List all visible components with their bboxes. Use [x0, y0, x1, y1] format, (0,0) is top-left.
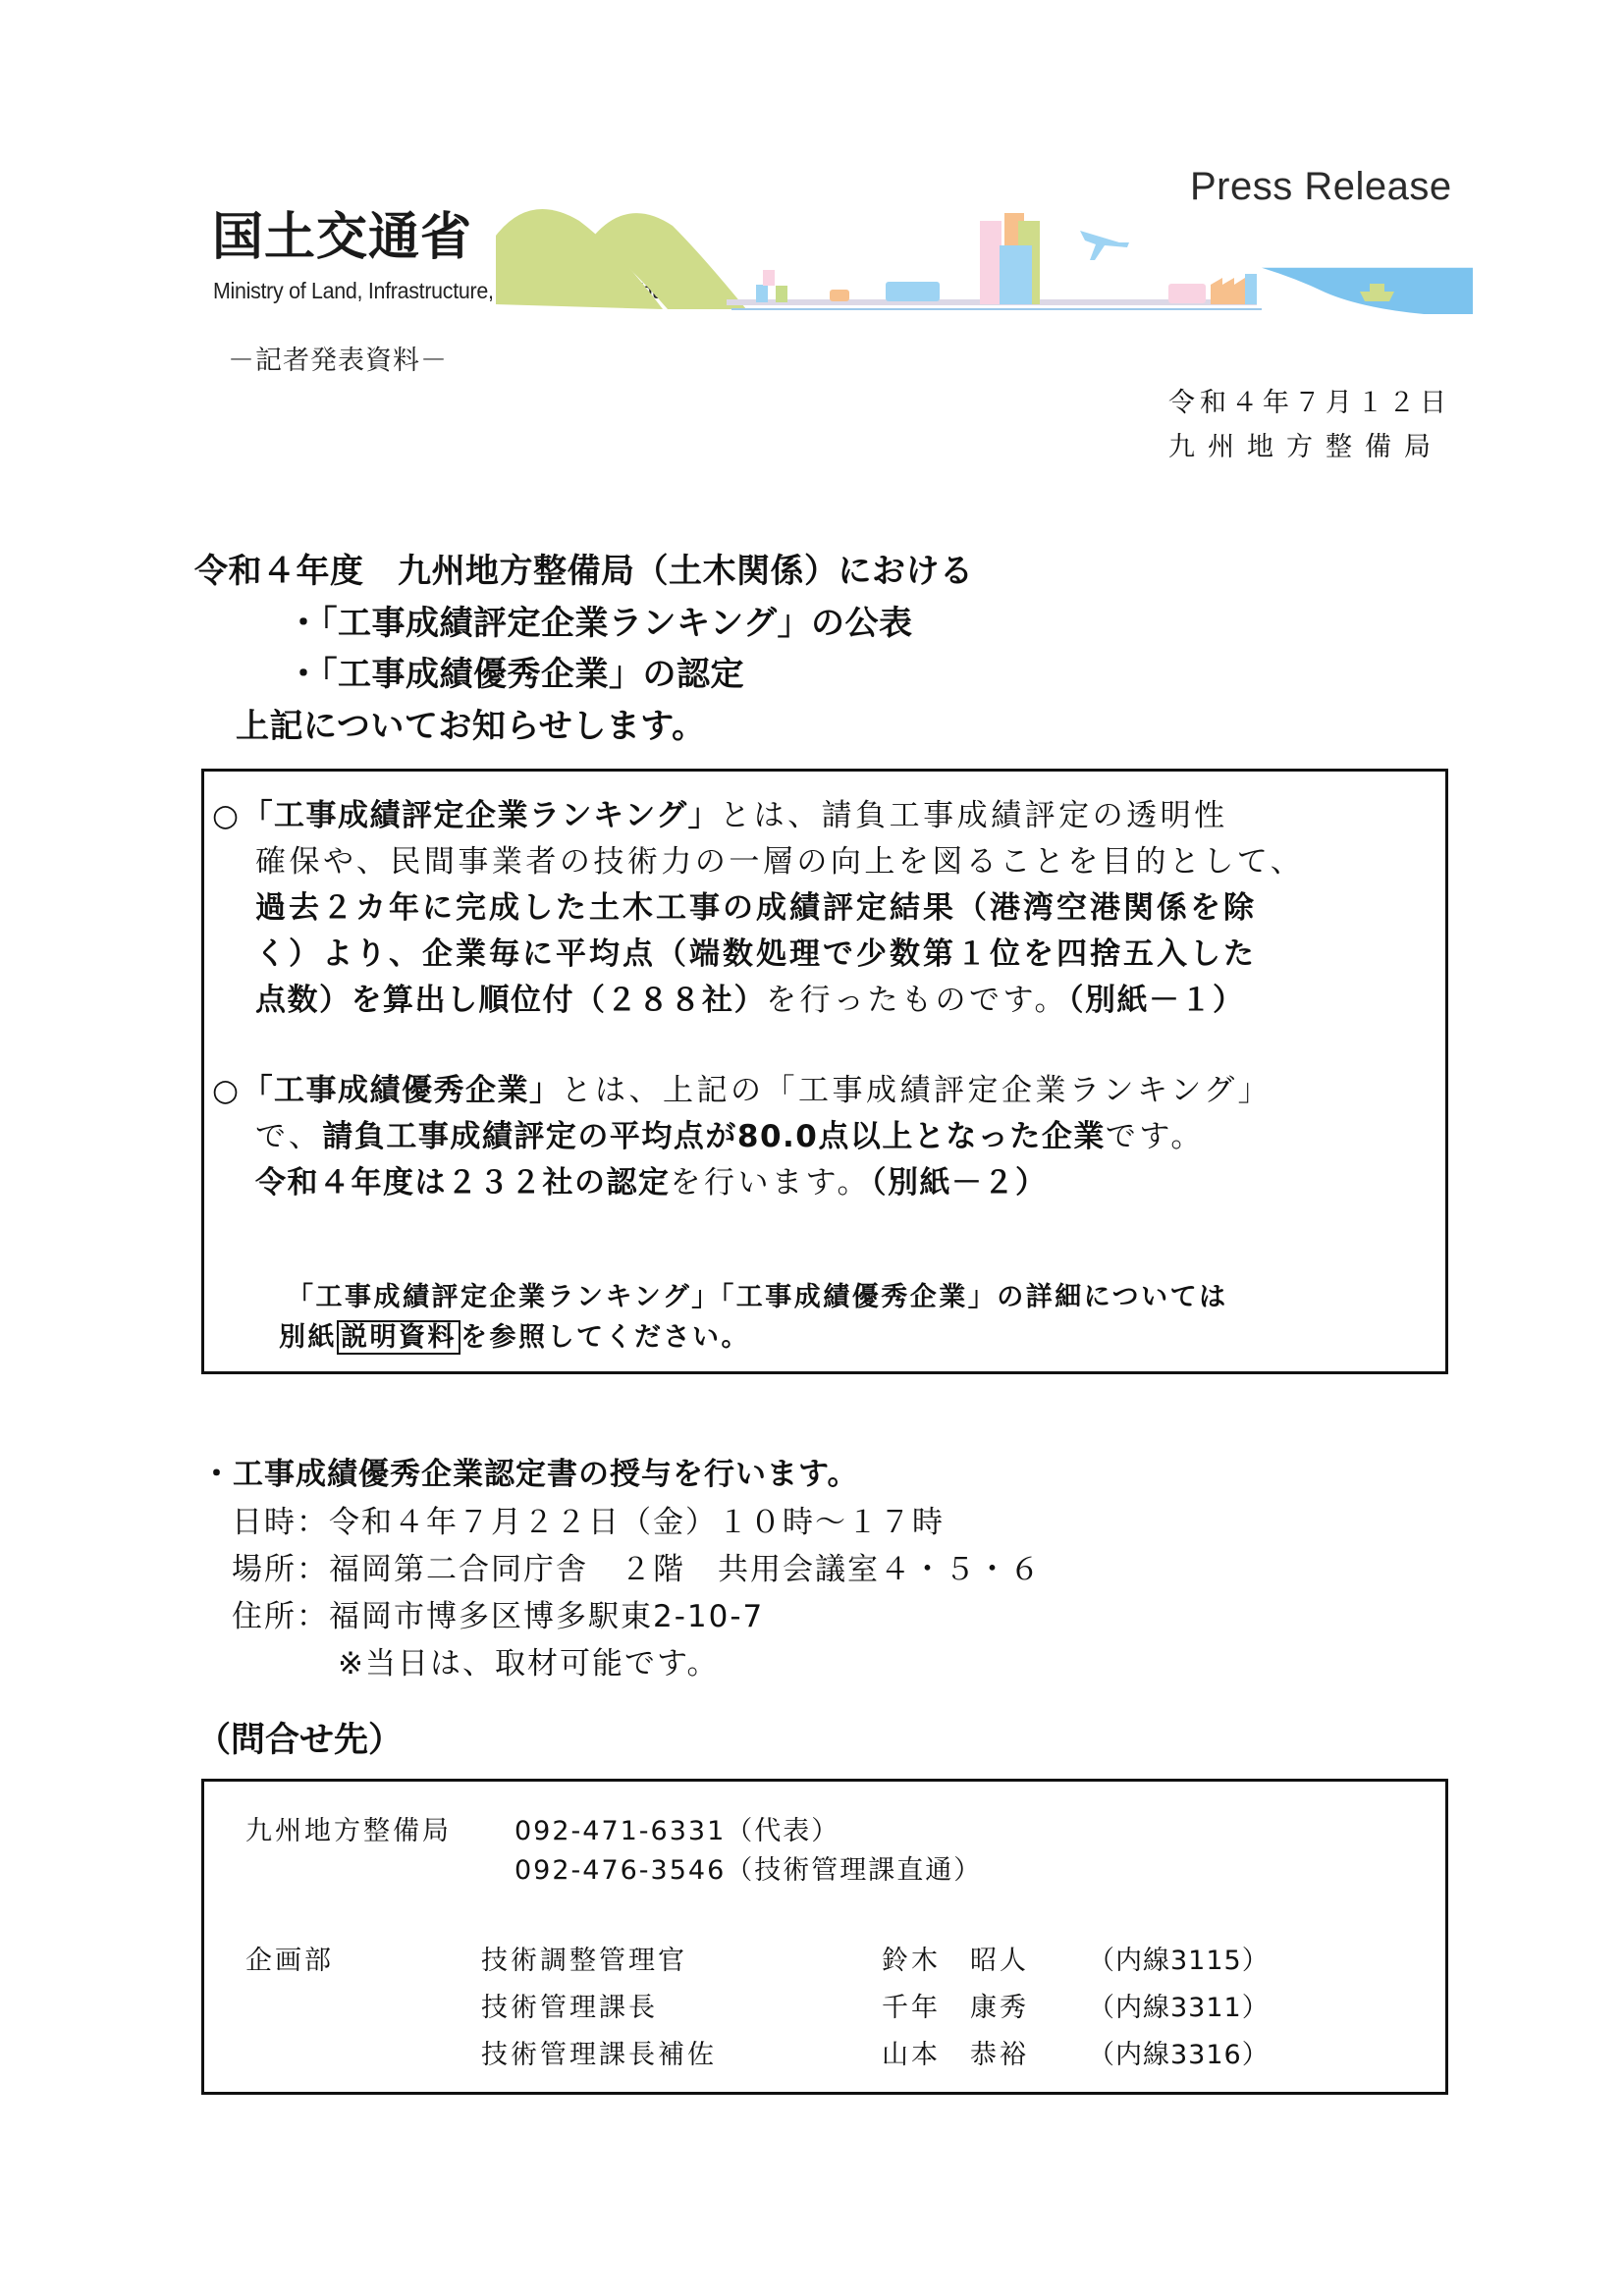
contact-title: 技術調整管理官: [481, 1939, 687, 1977]
phone-direct: 092-476-3546（技術管理課直通）: [514, 1848, 982, 1887]
contact-box: 九州地方整備局 092-471-6331（代表） 092-476-3546（技術…: [201, 1779, 1448, 2095]
person-icon: [776, 286, 787, 302]
crane-icon: [1245, 274, 1257, 304]
release-date: 令和４年７月１２日: [1168, 381, 1451, 419]
excellent-definition-line-3: 令和４年度は２３２社の認定を行います。（別紙－２）: [255, 1160, 1048, 1206]
contact-extension: （内線3115）: [1088, 1939, 1270, 1977]
building-icon: [980, 221, 1001, 304]
banner-illustration: [491, 191, 1473, 314]
ranking-definition-line-4: く）より、企業毎に平均点（端数処理で少数第１位を四捨五入した: [255, 932, 1257, 978]
summary-box: ○「工事成績評定企業ランキング」とは、請負工事成績評定の透明性 確保や、民間事業…: [201, 769, 1448, 1374]
details-note-line-2: 別紙説明資料を参照してください。: [279, 1317, 750, 1359]
event-address: 住所：福岡市博多区博多駅東2-10-7: [232, 1591, 764, 1635]
contact-extension: （内線3316）: [1088, 2033, 1270, 2071]
appendix-2-reference: （別紙－２）: [871, 1165, 1048, 1201]
appendix-1-reference: （別紙－１）: [1068, 983, 1245, 1018]
circle-bullet-icon: ○: [212, 1073, 243, 1108]
contact-department: 企画部: [245, 1939, 334, 1977]
truck-icon: [1168, 284, 1206, 303]
excellent-definition-line-1: ○「工事成績優秀企業」とは、上記の「工事成績評定企業ランキング」: [212, 1068, 1272, 1114]
headline-line-2: ・「工事成績評定企業ランキング」の公表: [287, 602, 912, 645]
press-coverage-note: ※当日は、取材可能です。: [338, 1638, 720, 1682]
person-icon: [756, 285, 768, 302]
contact-name: 千年 康秀: [882, 1986, 1029, 2024]
train-icon: [886, 282, 940, 301]
excellent-definition-line-2: で、請負工事成績評定の平均点が80.0点以上となった企業です。: [255, 1114, 1205, 1160]
factory-icon: [1211, 278, 1245, 304]
sea-icon: [1262, 268, 1473, 314]
explanatory-material-link[interactable]: 説明資料: [337, 1320, 460, 1355]
award-ceremony-heading: ・工事成績優秀企業認定書の授与を行います。: [201, 1449, 859, 1493]
details-note-line-1: 「工事成績評定企業ランキング」「工事成績優秀企業」の詳細については: [287, 1277, 1228, 1318]
issuer: 九州地方整備局: [1168, 425, 1443, 463]
event-datetime: 日時：令和４年７月２２日（金）１０時～１７時: [232, 1497, 945, 1541]
contact-name: 山本 恭裕: [882, 2033, 1029, 2071]
event-place: 場所：福岡第二合同庁舎 ２階 共用会議室４・５・６: [232, 1544, 1042, 1588]
airplane-icon: [1080, 231, 1129, 260]
phone-main: 092-471-6331（代表）: [514, 1809, 839, 1847]
contact-heading: （問合せ先）: [196, 1713, 403, 1762]
ranking-definition-line-1: ○「工事成績評定企業ランキング」とは、請負工事成績評定の透明性: [212, 793, 1228, 839]
document-type: －記者発表資料－: [228, 339, 448, 377]
headline-line-3: ・「工事成績優秀企業」の認定: [287, 653, 744, 696]
contact-title: 技術管理課長: [481, 1986, 658, 2024]
ranking-definition-line-5: 点数）を算出し順位付（２８８社）を行ったものです。（別紙－１）: [255, 978, 1245, 1024]
headline-line-4: 上記についてお知らせします。: [236, 705, 706, 748]
contact-title: 技術管理課長補佐: [481, 2033, 717, 2071]
car-icon: [830, 290, 849, 301]
contact-org: 九州地方整備局: [245, 1809, 452, 1847]
contact-name: 鈴木 昭人: [882, 1939, 1029, 1977]
ranking-definition-line-2: 確保や、民間事業者の技術力の一層の向上を図ることを目的として、: [255, 839, 1304, 885]
headline-line-1: 令和４年度 九州地方整備局（土木関係）における: [194, 550, 974, 593]
building-icon: [1000, 245, 1032, 304]
ranking-definition-line-3: 過去２カ年に完成した土木工事の成績評定結果（港湾空港関係を除: [255, 885, 1257, 932]
contact-extension: （内線3311）: [1088, 1986, 1270, 2024]
person-icon: [763, 270, 775, 286]
circle-bullet-icon: ○: [212, 798, 243, 833]
ministry-logo-jp: 国土交通省: [212, 208, 472, 267]
